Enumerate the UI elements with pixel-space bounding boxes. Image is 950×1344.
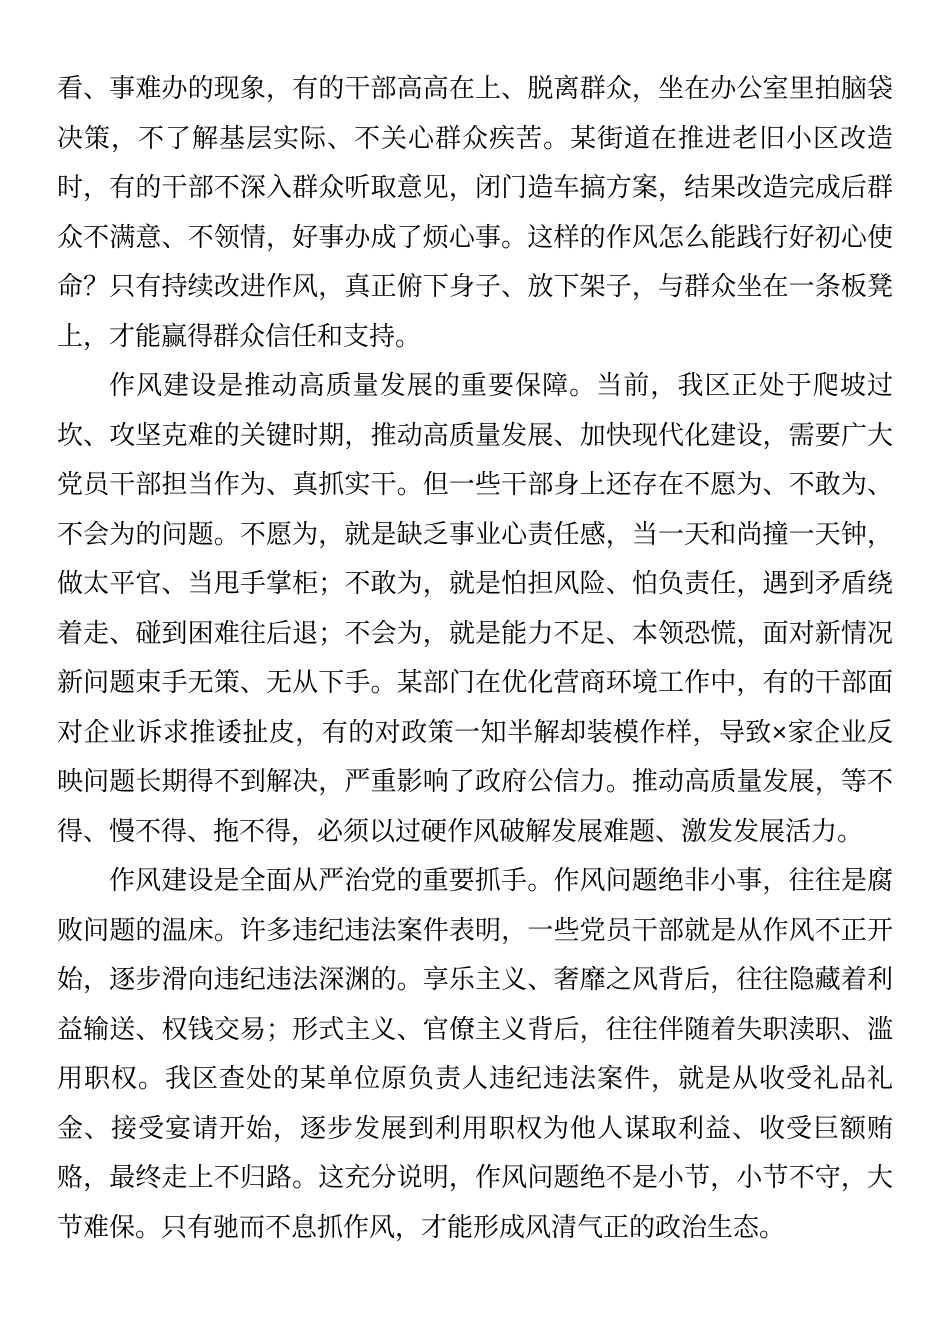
paragraph: 看、事难办的现象，有的干部高高在上、脱离群众，坐在办公室里拍脑袋决策，不了解基层… [57, 64, 893, 361]
document-body-text: 看、事难办的现象，有的干部高高在上、脱离群众，坐在办公室里拍脑袋决策，不了解基层… [57, 64, 893, 1252]
document-page: 看、事难办的现象，有的干部高高在上、脱离群众，坐在办公室里拍脑袋决策，不了解基层… [0, 0, 950, 1344]
paragraph: 作风建设是推动高质量发展的重要保障。当前，我区正处于爬坡过坎、攻坚克难的关键时期… [57, 361, 893, 856]
paragraph: 作风建设是全面从严治党的重要抓手。作风问题绝非小事，往往是腐败问题的温床。许多违… [57, 856, 893, 1252]
